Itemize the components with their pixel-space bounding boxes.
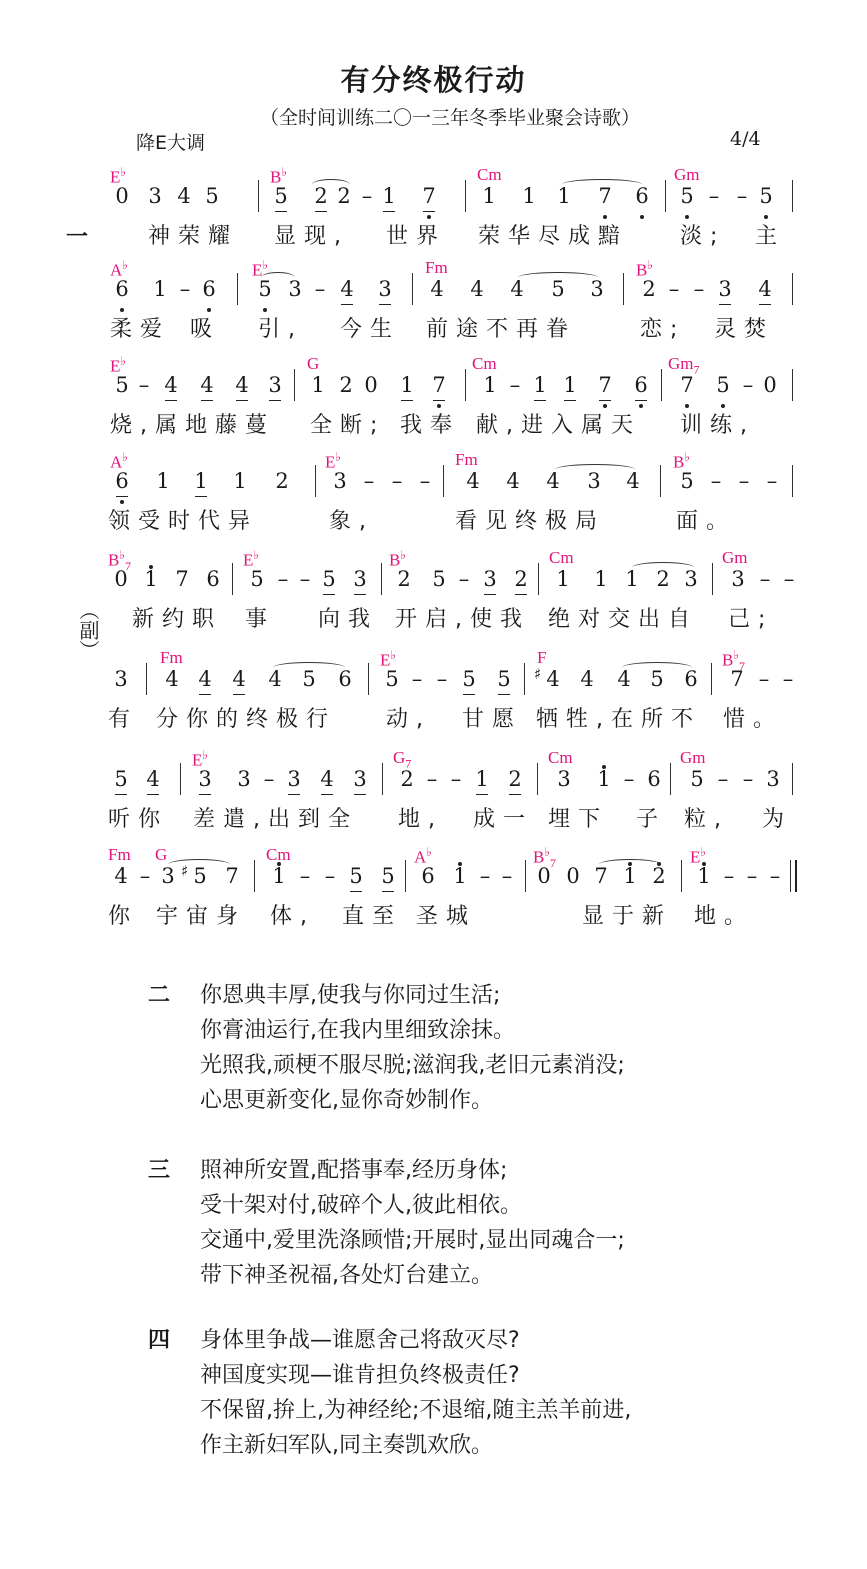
note: 6	[202, 277, 216, 301]
barline	[254, 860, 255, 892]
tie-slur	[273, 662, 345, 673]
note: 5	[250, 567, 264, 591]
chord-symbol: Fm	[108, 845, 131, 865]
barline	[712, 563, 713, 595]
sustain-dash: –	[500, 864, 514, 888]
note: 1	[475, 767, 489, 791]
lyric-text: 子	[636, 802, 666, 833]
high-octave-dot	[149, 565, 153, 569]
lyric-text: 面。	[676, 504, 736, 535]
note: 1	[594, 567, 608, 591]
barline	[146, 663, 147, 695]
note: 3	[287, 767, 301, 791]
note: 0	[364, 373, 378, 397]
note: 5	[381, 864, 395, 888]
stanza-line: 心思更新变化,显你奇妙制作。	[200, 1083, 625, 1118]
lyric-text: 直至	[342, 899, 402, 930]
sustain-dash: –	[692, 277, 706, 301]
note: 3	[766, 767, 780, 791]
sustain-dash: –	[722, 864, 736, 888]
note: 1	[483, 373, 497, 397]
note: 1	[233, 469, 247, 493]
sustain-dash: –	[449, 767, 463, 791]
note: 7	[730, 667, 744, 691]
music-system: FmE♭FB♭734444565––554♯44567––有分你的终极行动,甘愿…	[0, 648, 867, 744]
note: 0	[537, 864, 551, 888]
barline	[792, 763, 793, 795]
lyric-text: 我奉	[400, 408, 460, 439]
lyric-text: 绝对交出自	[548, 602, 698, 633]
sustain-dash: –	[782, 567, 796, 591]
stanza-line: 带下神圣祝福,各处灯台建立。	[200, 1258, 625, 1293]
lyric-text: 埋下	[548, 802, 608, 833]
chord-symbol: Fm	[160, 648, 183, 668]
note: 0	[115, 184, 129, 208]
lyric-text: 烧,属地藤蔓	[110, 408, 275, 439]
sustain-dash: –	[667, 277, 681, 301]
note: 4	[320, 767, 334, 791]
flat-sign: ♭	[647, 258, 653, 272]
song-subtitle: （全时间训练二〇一三年冬季毕业聚会诗歌）	[0, 103, 867, 130]
stanza-line: 你膏油运行,在我内里细致涂抹。	[200, 1013, 625, 1048]
note: 3	[198, 767, 212, 791]
note: 5	[114, 767, 128, 791]
song-title: 有分终极行动	[0, 58, 867, 99]
barline	[525, 860, 526, 892]
note: 2	[400, 767, 414, 791]
lyric-text: 主	[755, 219, 785, 250]
note: 5	[680, 184, 694, 208]
lyric-text: 象,	[329, 504, 374, 535]
lyric-text: 圣城	[416, 899, 476, 930]
lyric-text: 惜。	[723, 702, 783, 733]
lyric-text: 向我	[318, 602, 378, 633]
note: 5	[349, 864, 363, 888]
note: 4	[506, 469, 520, 493]
sharp-sign: ♯	[534, 665, 541, 683]
note: 7	[422, 184, 436, 208]
note: 3	[378, 277, 392, 301]
lyric-text: 全断;	[310, 408, 385, 439]
flat-sign: ♭	[120, 165, 126, 179]
note: 1	[194, 469, 208, 493]
sustain-dash: –	[622, 767, 636, 791]
barline	[538, 563, 539, 595]
chord-symbol: Cm	[549, 548, 574, 568]
sustain-dash: –	[781, 667, 795, 691]
lyric-text: 显于新	[582, 899, 672, 930]
sustain-dash: –	[425, 767, 439, 791]
barline	[443, 465, 444, 497]
lyric-text: 柔爱	[110, 312, 170, 343]
note: 5	[205, 184, 219, 208]
sustain-dash: –	[709, 469, 723, 493]
stanza-line: 受十架对付,破碎个人,彼此相依。	[200, 1188, 625, 1223]
barline	[412, 273, 413, 305]
flat-sign: ♭	[335, 450, 341, 464]
tie-slur	[518, 272, 598, 283]
note: 1	[556, 567, 570, 591]
lyric-text: 地,	[398, 802, 443, 833]
sustain-dash: –	[508, 373, 522, 397]
chord-symbol: Fm	[455, 450, 478, 470]
high-octave-dot	[277, 862, 281, 866]
stanza-number: 三	[148, 1153, 170, 1184]
music-system: E♭GCmGm75–4443120171–117675–0烧,属地藤蔓全断;我奉…	[0, 354, 867, 450]
note: 7	[432, 373, 446, 397]
lyric-text: 你	[108, 899, 138, 930]
note: 3	[718, 277, 732, 301]
note: 5	[462, 667, 476, 691]
barline	[537, 763, 538, 795]
barline	[623, 273, 624, 305]
high-octave-dot	[702, 862, 706, 866]
note: 6	[206, 567, 220, 591]
lyric-text: 己;	[728, 602, 773, 633]
high-octave-dot	[602, 765, 606, 769]
note: 3	[557, 767, 571, 791]
note: 5	[497, 667, 511, 691]
sustain-dash: –	[276, 567, 290, 591]
stanza-line: 作主新妇军队,同主奏凯欢欣。	[200, 1428, 631, 1463]
lyric-text: 献,进入属天	[476, 408, 641, 439]
sustain-dash: –	[716, 767, 730, 791]
lyric-text: 牺牲,在所不	[536, 702, 701, 733]
time-signature: 4/4	[730, 128, 761, 150]
music-system: B♭7E♭B♭CmGm01765––5325–32111233––新约职事向我开…	[0, 548, 867, 644]
barline	[711, 663, 712, 695]
stanza-line: 交通中,爱里洗涤顾惜;开展时,显出同魂合一;	[200, 1223, 625, 1258]
stanza-line: 不保留,拚上,为神经纶;不退缩,随主羔羊前进,	[200, 1393, 631, 1428]
note: 4	[198, 667, 212, 691]
barline	[294, 369, 295, 401]
note: 3	[353, 767, 367, 791]
note: 6	[115, 277, 129, 301]
note: 1	[533, 373, 547, 397]
stanza-line: 光照我,顽梗不服尽脱;滋润我,老旧元素消没;	[200, 1048, 625, 1083]
stanza-number: 四	[148, 1323, 170, 1354]
barline	[792, 465, 793, 497]
chord-quality: 7	[694, 362, 700, 376]
note: 1	[153, 277, 167, 301]
flat-sign: ♭	[700, 845, 706, 859]
flat-sign: ♭	[400, 548, 406, 562]
lyric-text: 事	[245, 602, 275, 633]
sustain-dash: –	[323, 864, 337, 888]
note: 3	[731, 567, 745, 591]
note: 0	[114, 567, 128, 591]
note: 1	[597, 767, 611, 791]
barline	[465, 369, 466, 401]
sustain-dash: –	[765, 469, 779, 493]
note: 3	[148, 184, 162, 208]
sustain-dash: –	[313, 277, 327, 301]
barline	[237, 273, 238, 305]
note: 6	[647, 767, 661, 791]
sustain-dash: –	[298, 864, 312, 888]
stanza-number: 二	[148, 978, 170, 1009]
note: 4	[470, 277, 484, 301]
note: 1	[563, 373, 577, 397]
stanza-line: 照神所安置,配搭事奉,经历身体;	[200, 1153, 625, 1188]
note: 4	[146, 767, 160, 791]
low-octave-dot	[640, 215, 644, 219]
note: 5	[759, 184, 773, 208]
lyric-text: 世界	[386, 219, 446, 250]
note: 4	[430, 277, 444, 301]
note: 5	[680, 469, 694, 493]
chord-symbol: Fm	[425, 258, 448, 278]
sustain-dash: –	[768, 864, 782, 888]
music-system: A♭E♭FmB♭611123–––444345–––领受时代异象,看见终极局面。	[0, 450, 867, 546]
chord-symbol: Cm	[548, 748, 573, 768]
key-signature: 降E大调	[136, 128, 205, 155]
stanza-line: 你恩典丰厚,使我与你同过生活;	[200, 978, 625, 1013]
tie-slur	[632, 562, 694, 573]
sustain-dash: –	[435, 667, 449, 691]
tie-slur	[312, 179, 350, 190]
barline	[232, 563, 233, 595]
note: 4	[114, 864, 128, 888]
chord-symbol: G	[155, 845, 167, 865]
sustain-dash: –	[478, 864, 492, 888]
stanza-line: 身体里争战—谁愿舍己将敌灭尽?	[200, 1323, 631, 1358]
flat-sign: ♭	[426, 845, 432, 859]
sustain-dash: –	[741, 373, 755, 397]
note: 3	[333, 469, 347, 493]
sustain-dash: –	[410, 667, 424, 691]
barline	[368, 663, 369, 695]
lyric-text: 宇宙身	[156, 899, 246, 930]
tie-slur	[168, 859, 230, 870]
music-system: E♭G7CmGm5433–3432––1231–65––3听你差遣,出到全地,成…	[0, 748, 867, 844]
tie-slur	[555, 464, 635, 475]
chord-symbol: Cm	[472, 354, 497, 374]
note: 5	[115, 373, 129, 397]
note: 4	[165, 667, 179, 691]
tie-slur	[261, 272, 295, 283]
note: 4	[466, 469, 480, 493]
barline	[665, 180, 666, 212]
music-system: E♭B♭CmGm0345522–17111765––5神荣耀显现,世界荣华尽成黯…	[0, 165, 867, 261]
note: 1	[453, 864, 467, 888]
lyric-text: 地。	[694, 899, 754, 930]
sustain-dash: –	[737, 469, 751, 493]
note: 4	[177, 184, 191, 208]
flat-sign: ♭	[253, 548, 259, 562]
tie-slur	[562, 179, 642, 190]
lyric-text: 吸	[190, 312, 220, 343]
note: 7	[598, 373, 612, 397]
sustain-dash: –	[390, 469, 404, 493]
note: 1	[272, 864, 286, 888]
note: 5	[322, 567, 336, 591]
flat-sign: ♭	[202, 748, 208, 762]
lyric-text: 灵焚	[714, 312, 774, 343]
lyric-text: 有	[108, 702, 138, 733]
note: 4♯	[546, 667, 560, 691]
stanza-line: 神国度实现—谁肯担负终极责任?	[200, 1358, 631, 1393]
note: 2	[275, 469, 289, 493]
sustain-dash: –	[757, 667, 771, 691]
note: 5	[690, 767, 704, 791]
lyric-text: 动,	[386, 702, 431, 733]
note: 3	[114, 667, 128, 691]
sustain-dash: –	[741, 767, 755, 791]
note: 6	[421, 864, 435, 888]
note: 3	[268, 373, 282, 397]
note: 3	[353, 567, 367, 591]
note: 6	[634, 373, 648, 397]
lyric-text: 差遣,出到全	[193, 802, 358, 833]
lyric-text: 前途不再眷	[426, 312, 576, 343]
barline	[681, 860, 682, 892]
note: 4	[580, 667, 594, 691]
lyric-text: 分你的终极行	[156, 702, 336, 733]
note: 1	[311, 373, 325, 397]
note: 3	[237, 767, 251, 791]
barline	[661, 369, 662, 401]
note: 5	[716, 373, 730, 397]
note: 5	[385, 667, 399, 691]
flat-sign: ♭	[390, 648, 396, 662]
lyric-text: 今生	[340, 312, 400, 343]
note: 0	[566, 864, 580, 888]
barline	[670, 763, 671, 795]
sustain-dash: –	[457, 567, 471, 591]
barline	[382, 763, 383, 795]
chord-symbol: Cm	[477, 165, 502, 185]
lyric-text: 淡;	[680, 219, 725, 250]
note: 7	[680, 373, 694, 397]
high-octave-dot	[458, 862, 462, 866]
flat-sign: ♭	[122, 258, 128, 272]
barline	[792, 180, 793, 212]
lyric-text: 成一	[473, 802, 533, 833]
lyric-text: 听你	[108, 802, 168, 833]
chord-symbol: G	[307, 354, 319, 374]
note: 4	[164, 373, 178, 397]
barline	[381, 563, 382, 595]
note: 3	[483, 567, 497, 591]
music-system: FmGCmA♭B♭7E♭4–35♯71––5561––007121–––你宇宙身…	[0, 845, 867, 941]
lyric-text: 荣华尽成黯	[478, 219, 628, 250]
flat-sign: ♭	[281, 165, 287, 179]
lyric-text: 引,	[258, 312, 303, 343]
note: 5	[432, 567, 446, 591]
stanza-lines: 身体里争战—谁愿舍己将敌灭尽?神国度实现—谁肯担负终极责任?不保留,拚上,为神经…	[200, 1323, 631, 1463]
note: 4	[235, 373, 249, 397]
note: 1	[482, 184, 496, 208]
note: 5	[274, 184, 288, 208]
flat-sign: ♭	[262, 258, 268, 272]
note: 1	[400, 373, 414, 397]
barline	[660, 465, 661, 497]
note: 2	[339, 373, 353, 397]
sustain-dash: –	[137, 373, 151, 397]
barline	[405, 860, 406, 892]
note: 1	[156, 469, 170, 493]
chord-symbol: Gm	[722, 548, 748, 568]
barline	[524, 663, 525, 695]
barline	[180, 763, 181, 795]
note: 1	[522, 184, 536, 208]
note: 4	[200, 373, 214, 397]
tie-slur	[622, 662, 692, 673]
barline	[315, 465, 316, 497]
note: 0	[763, 373, 777, 397]
note: 1	[697, 864, 711, 888]
sustain-dash: –	[758, 567, 772, 591]
note: 2	[642, 277, 656, 301]
lyric-text: 体,	[270, 899, 315, 930]
note: 6	[115, 469, 129, 493]
note: 2	[514, 567, 528, 591]
sustain-dash: –	[138, 864, 152, 888]
music-system: A♭E♭FmB♭61–653–43444532––34柔爱吸引,今生前途不再眷恋…	[0, 258, 867, 354]
barline	[258, 180, 259, 212]
lyric-text: 新约职	[132, 602, 222, 633]
sustain-dash: –	[418, 469, 432, 493]
lyric-text: 开启,使我	[395, 602, 530, 633]
stanza-lines: 你恩典丰厚,使我与你同过生活;你膏油运行,在我内里细致涂抹。光照我,顽梗不服尽脱…	[200, 978, 625, 1118]
note: 1	[144, 567, 158, 591]
note: 4	[758, 277, 772, 301]
note: 7	[175, 567, 189, 591]
barline	[465, 180, 466, 212]
note: 4	[232, 667, 246, 691]
lyric-text: 甘愿	[462, 702, 522, 733]
barline	[792, 369, 793, 401]
note: 4	[340, 277, 354, 301]
lyric-text: 粒,	[684, 802, 729, 833]
sustain-dash: –	[360, 184, 374, 208]
barline	[792, 273, 793, 305]
final-barline	[790, 860, 797, 892]
lyric-text: 显现,	[274, 219, 349, 250]
lyric-text: 恋;	[640, 312, 685, 343]
sustain-dash: –	[735, 184, 749, 208]
note: 1	[382, 184, 396, 208]
lyric-text: 领受时代异	[108, 504, 258, 535]
sustain-dash: –	[298, 567, 312, 591]
lyric-text: 看见终极局	[455, 504, 605, 535]
lyric-text: 神荣耀	[148, 219, 238, 250]
flat-sign: ♭	[120, 354, 126, 368]
tie-slur	[599, 859, 661, 870]
chord-symbol: Gm	[680, 748, 706, 768]
lyric-text: 训练,	[680, 408, 755, 439]
sustain-dash: –	[178, 277, 192, 301]
lyric-text: 为	[762, 802, 792, 833]
stanza-lines: 照神所安置,配搭事奉,经历身体;受十架对付,破碎个人,彼此相依。交通中,爱里洗涤…	[200, 1153, 625, 1293]
chord-symbol: Gm	[674, 165, 700, 185]
note: 2	[508, 767, 522, 791]
note: 2	[397, 567, 411, 591]
sustain-dash: –	[745, 864, 759, 888]
sustain-dash: –	[362, 469, 376, 493]
sustain-dash: –	[707, 184, 721, 208]
sustain-dash: –	[262, 767, 276, 791]
flat-sign: ♭	[122, 450, 128, 464]
flat-sign: ♭	[684, 450, 690, 464]
